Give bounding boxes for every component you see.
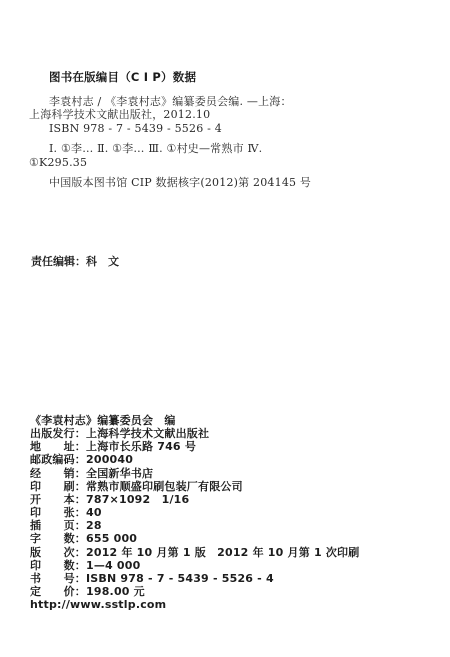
colophon-label: 书 号： (30, 572, 86, 585)
colophon-value: 全国新华书店 (86, 467, 153, 480)
cip-isbn-line: ISBN 978 - 7 - 5439 - 5526 - 4 (29, 122, 419, 136)
responsible-editor-line: 责任编辑：科 文 (31, 253, 119, 269)
colophon-value: 上海市长乐路 746 号 (86, 440, 196, 453)
cip-section: 图书在版编目（C I P）数据 李袁村志 / 《李袁村志》编纂委员会编. —上海… (29, 71, 419, 190)
colophon-page: 图书在版编目（C I P）数据 李袁村志 / 《李袁村志》编纂委员会编. —上海… (0, 0, 450, 657)
cip-description-line-2: 上海科学技术文献出版社，2012.10 (29, 108, 419, 122)
colophon-label: 字 数： (30, 532, 86, 545)
colophon-label: 开 本： (30, 493, 86, 506)
colophon-value: 200040 (86, 453, 133, 466)
cip-record-number: 中国版本图书馆 CIP 数据核字(2012)第 204145 号 (29, 176, 419, 190)
cip-description-line-1: 李袁村志 / 《李袁村志》编纂委员会编. —上海： (29, 95, 419, 109)
colophon-value: 655 000 (86, 532, 137, 545)
colophon-row-inserts: 插 页：28 (30, 519, 430, 532)
colophon-label: 印 刷： (30, 480, 86, 493)
colophon-label: 定 价： (30, 585, 86, 598)
colophon-row-distribution: 经 销：全国新华书店 (30, 467, 430, 480)
colophon-row-postcode: 邮政编码：200040 (30, 453, 430, 466)
colophon-label: 印 张： (30, 506, 86, 519)
colophon-row-isbn: 书 号：ISBN 978 - 7 - 5439 - 5526 - 4 (30, 572, 430, 585)
colophon-value: 198.00 元 (86, 585, 145, 598)
cip-classification-line-2: ①K295.35 (29, 156, 419, 170)
colophon-row-publisher: 出版发行：上海科学技术文献出版社 (30, 427, 430, 440)
cip-title: 图书在版编目（C I P）数据 (49, 71, 419, 85)
colophon-value: 40 (86, 506, 102, 519)
colophon-label: 出版发行： (30, 427, 86, 440)
colophon-label: 邮政编码： (30, 453, 86, 466)
colophon-label: 地 址： (30, 440, 86, 453)
colophon-label: 经 销： (30, 467, 86, 480)
compiler-line: 《李袁村志》编纂委员会 编 (30, 414, 430, 427)
colophon-section: 《李袁村志》编纂委员会 编 出版发行：上海科学技术文献出版社 地 址：上海市长乐… (30, 414, 430, 611)
colophon-value: ISBN 978 - 7 - 5439 - 5526 - 4 (86, 572, 274, 585)
colophon-value: 28 (86, 519, 102, 532)
colophon-value: 常熟市顺盛印刷包装厂有限公司 (86, 480, 243, 493)
colophon-row-edition: 版 次：2012 年 10 月第 1 版 2012 年 10 月第 1 次印刷 (30, 546, 430, 559)
colophon-row-price: 定 价：198.00 元 (30, 585, 430, 598)
colophon-value: 上海科学技术文献出版社 (86, 427, 209, 440)
colophon-label: 插 页： (30, 519, 86, 532)
website-url: http://www.sstlp.com (30, 598, 430, 611)
colophon-label: 版 次： (30, 546, 86, 559)
colophon-value: 787×1092 1/16 (86, 493, 189, 506)
colophon-label: 印 数： (30, 559, 86, 572)
colophon-row-wordcount: 字 数：655 000 (30, 532, 430, 545)
colophon-value: 1—4 000 (86, 559, 141, 572)
colophon-row-format: 开 本：787×1092 1/16 (30, 493, 430, 506)
colophon-value: 2012 年 10 月第 1 版 2012 年 10 月第 1 次印刷 (86, 546, 359, 559)
cip-classification-line-1: Ⅰ. ①李… Ⅱ. ①李… Ⅲ. ①村史—常熟市 Ⅳ. (29, 142, 419, 156)
colophon-row-sheets: 印 张：40 (30, 506, 430, 519)
colophon-row-printrun: 印 数：1—4 000 (30, 559, 430, 572)
colophon-row-printer: 印 刷：常熟市顺盛印刷包装厂有限公司 (30, 480, 430, 493)
colophon-row-address: 地 址：上海市长乐路 746 号 (30, 440, 430, 453)
